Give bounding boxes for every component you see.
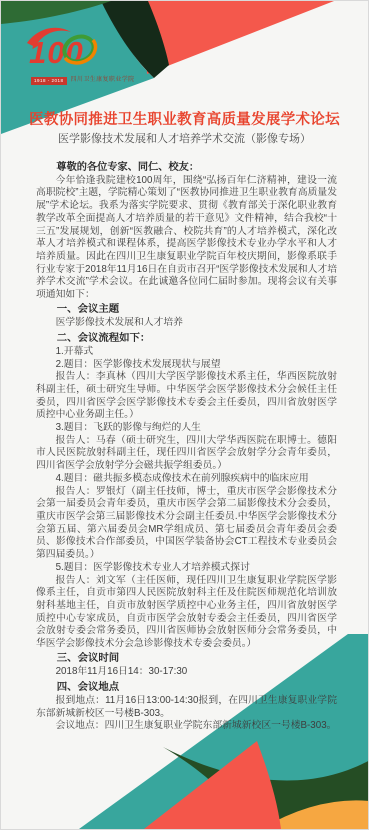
agenda-item: 5.题目：医学影像技术专业人才培养模式探讨: [36, 562, 337, 575]
agenda-item: 4.题目：磁共振多模态成像技术在前列腺疾病中的临床应用: [36, 473, 337, 486]
forum-title: 医教协同推进卫生职业教育高质量发展学术论坛: [1, 108, 368, 129]
agenda-item: 1.开幕式: [36, 346, 337, 359]
agenda-item: 3.题目：飞跃的影像与绚烂的人生: [36, 422, 337, 435]
intro-paragraph: 今年恰逢我院建校100周年，围绕“弘扬百年仁济精神，建设一流高职院校”主题，学院…: [36, 175, 337, 302]
agenda-speaker: 报告人：李真林（四川大学医学影像技术系主任，华西医院放射科副主任，硕士研究生导师…: [36, 371, 337, 422]
logo-college-text: 四川卫生康复职业学院: [71, 77, 135, 83]
agenda-speaker: 报告人：刘文军（主任医师，现任四川卫生康复职业学院医学影像系主任，自贡市第四人民…: [36, 575, 337, 651]
forum-subtitle: 医学影像技术发展和人才培养学术交流（影像专场）: [1, 130, 368, 146]
greeting-line: 尊敬的各位专家、同仁、校友：: [36, 162, 337, 175]
section-heading-topic: 一、会议主题: [36, 304, 337, 317]
section-heading-venue: 四、会议地点: [36, 682, 337, 695]
logo-caption: 1918 - 2018 四川卫生康复职业学院: [31, 77, 137, 85]
agenda-speaker: 报告人：罗银灯（副主任技师，博士，重庆市医学会影像技术分会第一届委员会青年委员，…: [36, 486, 337, 562]
logo-years-badge: 1918 - 2018: [31, 77, 67, 85]
registration-venue-line: 报到地点：11月16日13:00-14:30报到，在四川卫生康复职业学院东部新城…: [36, 695, 337, 720]
meeting-venue-line: 会议地点：四川卫生康复职业学院东部新城新校区一号楼B-303。: [36, 720, 337, 733]
poster-page: 100 1918 - 2018 四川卫生康复职业学院 医教协同推进卫生职业教育高…: [0, 0, 369, 830]
notice-body: 尊敬的各位专家、同仁、校友： 今年恰逢我院建校100周年，围绕“弘扬百年仁济精神…: [36, 162, 337, 733]
header-red-triangle: [144, 1, 334, 74]
anniversary-100-icon: 100: [21, 25, 137, 71]
logo-college-name: 四川卫生康复职业学院: [71, 77, 135, 84]
anniversary-logo: 100 1918 - 2018 四川卫生康复职业学院: [21, 25, 137, 85]
section-heading-agenda: 二、会议流程如下：: [36, 333, 337, 346]
meeting-time-line: 2018年11月16日14：30-17:30: [36, 666, 337, 679]
agenda-speaker: 报告人：马春（硕士研究生，四川大学华西医院在职博士。德阳市人民医院放射科副主任，…: [36, 435, 337, 473]
section-topic-line: 医学影像技术发展和人才培养: [36, 317, 337, 330]
agenda-item: 2.题目：医学影像技术发展现状与展望: [36, 359, 337, 372]
logo-number: 100: [29, 35, 84, 70]
section-heading-time: 三、会议时间: [36, 653, 337, 666]
